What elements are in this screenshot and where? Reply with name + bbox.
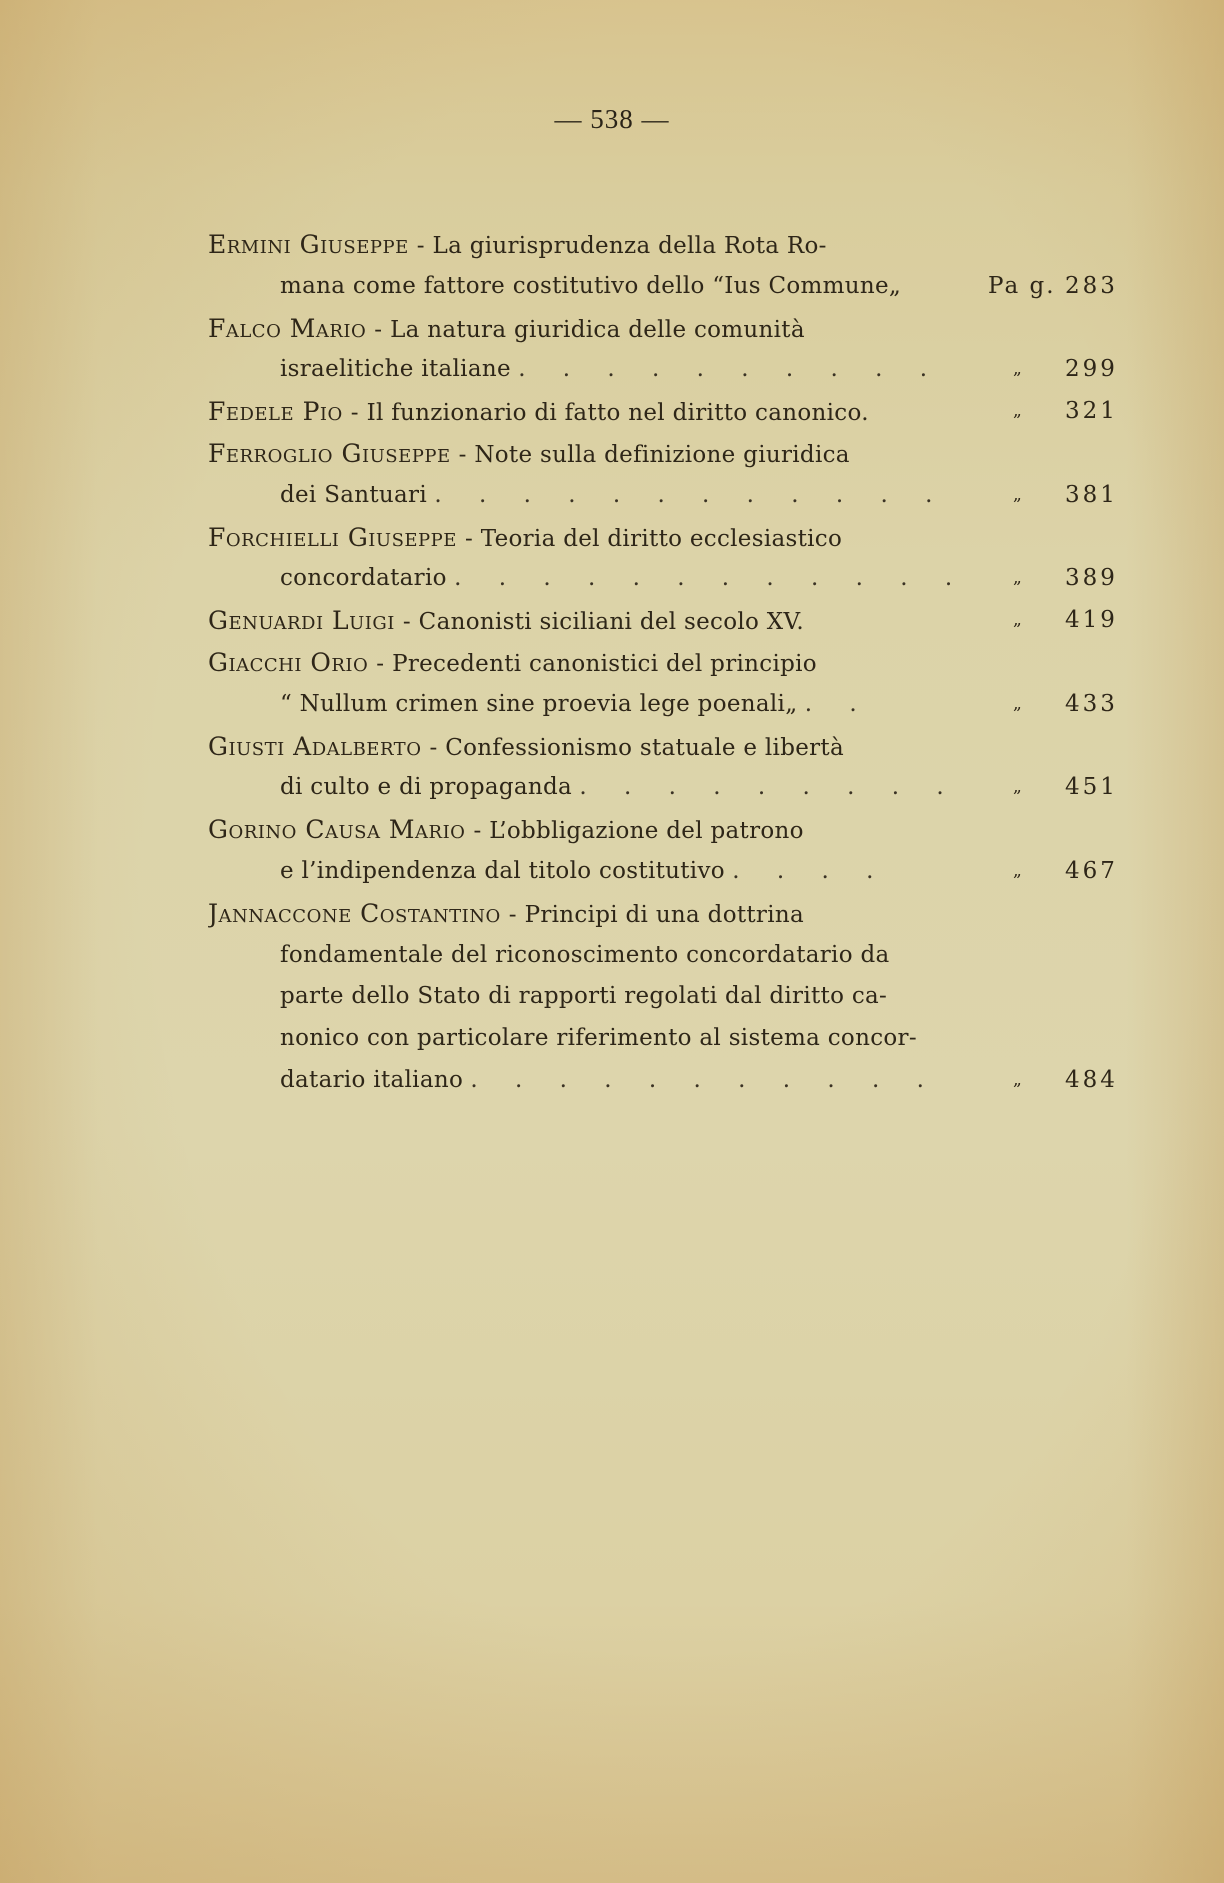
toc-title-cont: datario italiano [280, 1067, 463, 1093]
toc-entry-line: Jannaccone Costantino-Principi di una do… [208, 893, 1126, 935]
toc-page-number: 433 [1065, 684, 1118, 726]
toc-entry-line: Forchielli Giuseppe-Teoria del diritto e… [208, 517, 1126, 559]
ditto-mark: „ [1013, 600, 1022, 642]
toc-entry-line: fondamentale del riconoscimento concorda… [208, 935, 1126, 977]
toc-entry-line: Gorino Causa Mario-L’obbligazione del pa… [208, 809, 1126, 851]
toc-entry-line: Falco Mario-La natura giuridica delle co… [208, 308, 1126, 350]
toc-entry-line: di culto e di propaganda . . . . . . . .… [208, 767, 1126, 809]
toc-author: Gorino Causa Mario [208, 815, 465, 844]
toc-author: Jannaccone Costantino [208, 899, 501, 928]
toc-author: Ferroglio Giuseppe [208, 439, 451, 468]
toc-entry-line: e l’indipendenza dal titolo costitutivo … [208, 851, 1126, 893]
toc-page-number: 451 [1065, 767, 1118, 809]
toc-entry-line: nonico con particolare riferimento al si… [208, 1018, 1126, 1060]
ditto-mark: „ [1013, 558, 1022, 600]
toc-title: Il funzionario di fatto nel diritto cano… [367, 400, 869, 426]
toc-page-number: 389 [1065, 558, 1118, 600]
ditto-mark: „ [1013, 349, 1022, 391]
toc-title: Precedenti canonistici del principio [392, 651, 817, 677]
toc-page-number: 381 [1065, 475, 1118, 517]
toc-title-cont: mana come fattore costitutivo dello “Ius… [280, 273, 901, 299]
ditto-mark: „ [1013, 684, 1022, 726]
page-label: Pa g. [988, 266, 1056, 308]
toc-author: Giacchi Orio [208, 648, 368, 677]
toc-title-cont: israelitiche italiane [280, 356, 511, 382]
toc-entry-line: dei Santuari . . . . . . . . . . . . . .… [208, 475, 1126, 517]
toc-title: L’obbligazione del patrono [489, 818, 804, 844]
dot-leader: . . [805, 691, 872, 717]
toc-page-number: 484 [1065, 1060, 1118, 1102]
toc-entry-line: “ Nullum crimen sine proevia lege poenal… [208, 684, 1126, 726]
dot-leader: . . . . . . . . . . . . . [454, 565, 953, 591]
ditto-mark: „ [1013, 1060, 1022, 1102]
toc-page-number: 419 [1065, 600, 1118, 642]
toc-title: Canonisti siciliani del secolo XV. [419, 609, 804, 635]
toc-entry-line: Fedele Pio-Il funzionario di fatto nel d… [208, 391, 1126, 433]
toc-entry-line: Giusti Adalberto-Confessionismo statuale… [208, 726, 1126, 768]
toc-entry-line: mana come fattore costitutivo dello “Ius… [208, 266, 1126, 308]
toc-author: Ermini Giuseppe [208, 230, 409, 259]
toc-author: Giusti Adalberto [208, 732, 421, 761]
toc-title-cont: parte dello Stato di rapporti regolati d… [280, 983, 887, 1009]
ditto-mark: „ [1013, 851, 1022, 893]
toc-title: La natura giuridica delle comunità [390, 317, 805, 343]
toc-title-cont: concordatario [280, 565, 447, 591]
toc-title: Confessionismo statuale e libertà [445, 735, 844, 761]
ditto-mark: „ [1013, 475, 1022, 517]
toc-author: Genuardi Luigi [208, 606, 395, 635]
toc-entry-line: israelitiche italiane . . . . . . . . . … [208, 349, 1126, 391]
toc-title-cont: nonico con particolare riferimento al si… [280, 1025, 917, 1051]
toc-entry-line: concordatario . . . . . . . . . . . . . … [208, 558, 1126, 600]
toc-title-cont: di culto e di propaganda [280, 774, 572, 800]
toc-entry-line: Ermini Giuseppe-La giurisprudenza della … [208, 224, 1126, 266]
toc-title: Principi di una dottrina [525, 902, 804, 928]
toc-title-cont: fondamentale del riconoscimento concorda… [280, 942, 890, 968]
toc-entry-line: Genuardi Luigi-Canonisti siciliani del s… [208, 600, 1126, 642]
toc-page-number: 299 [1065, 349, 1118, 391]
dot-leader: . . . . . . . . . . . [518, 356, 953, 382]
toc-title: Note sulla definizione giuridica [474, 442, 849, 468]
dot-leader: . . . . . . . . . . . . [470, 1067, 953, 1093]
toc-title-cont: “ Nullum crimen sine proevia lege poenal… [280, 691, 797, 717]
ditto-mark: „ [1013, 767, 1022, 809]
toc-title-cont: e l’indipendenza dal titolo costitutivo [280, 858, 725, 884]
toc-page-number: 283 [1065, 266, 1118, 308]
toc-author: Forchielli Giuseppe [208, 523, 457, 552]
toc-author: Falco Mario [208, 314, 366, 343]
toc-title-cont: dei Santuari [280, 482, 427, 508]
page-number: — 538 — [0, 104, 1224, 135]
toc-entry-line: parte dello Stato di rapporti regolati d… [208, 976, 1126, 1018]
toc-author: Fedele Pio [208, 397, 343, 426]
table-of-contents: Ermini Giuseppe-La giurisprudenza della … [208, 224, 1126, 1102]
dot-leader: . . . . . . . . . . . . . . [434, 482, 953, 508]
toc-title: La giurisprudenza della Rota Ro- [433, 233, 827, 259]
toc-entry-line: Giacchi Orio-Precedenti canonistici del … [208, 642, 1126, 684]
toc-entry-line: datario italiano . . . . . . . . . . . .… [208, 1060, 1126, 1102]
document-page: — 538 — Ermini Giuseppe-La giurisprudenz… [0, 0, 1224, 1883]
toc-page-number: 467 [1065, 851, 1118, 893]
dot-leader: . . . . . . . . . [579, 774, 953, 800]
toc-title: Teoria del diritto ecclesiastico [481, 526, 842, 552]
dot-leader: . . . . [732, 858, 888, 884]
ditto-mark: „ [1013, 391, 1022, 433]
toc-entry-line: Ferroglio Giuseppe-Note sulla definizion… [208, 433, 1126, 475]
toc-page-number: 321 [1065, 391, 1118, 433]
